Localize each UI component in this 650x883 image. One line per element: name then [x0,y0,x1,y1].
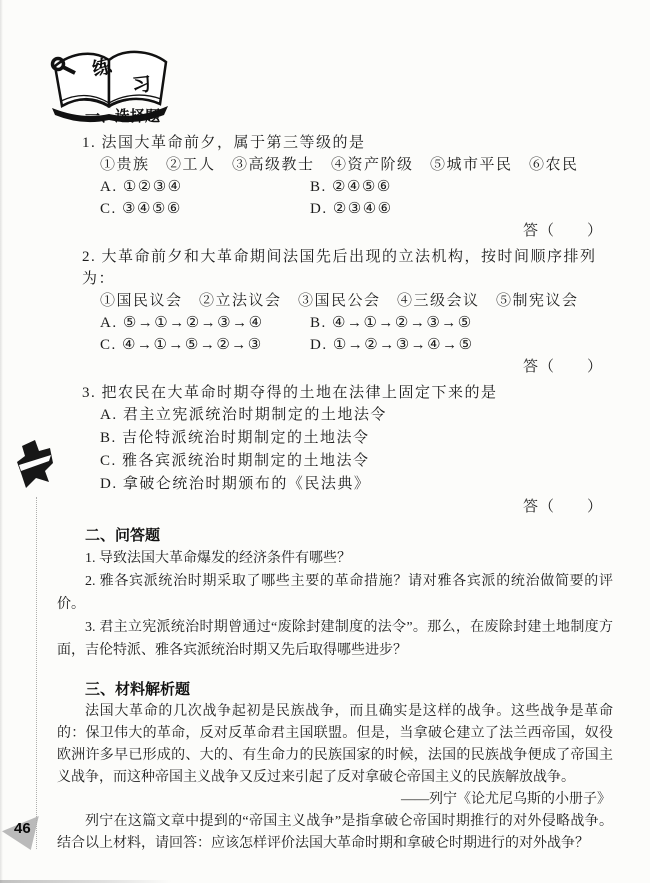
choice-q1-option-d: D. ②③④⑥ [310,198,393,220]
choice-q3-stem: 3. 把农民在大革命时期夺得的土地在法律上固定下来的是 [82,382,613,404]
material-source-line: ——列宁《论尤尼乌斯的小册子》 [57,789,613,811]
choice-q2-option-b: B. ④→①→②→③→⑤ [310,312,473,334]
choice-q2-option-a: A. ⑤→①→②→③→④ [100,312,310,334]
workbook-page: 练 习 一、选择题 1. 法国大革命前夕，属于第三等级的是 ①贵族 ②工人 ③高… [0,0,650,883]
qa-question-3: 3. 君主立宪派统治时期曾通过“废除封建制度的法令”。那么，在废除封建土地制度方… [57,616,613,662]
page-number: 46 [14,820,31,837]
choice-q3-option-d: D. 拿破仑统治时期颁布的《民法典》 [100,473,613,496]
choice-q2-items: ①国民议会 ②立法议会 ③国民公会 ④三级会议 ⑤制宪议会 [100,290,613,312]
choice-q2-stem: 2. 大革命前夕和大革命期间法国先后出现的立法机构，按时间顺序排列为： [82,246,613,290]
material-passage: 法国大革命的几次战争起初是民族战争，而且确实是这样的战争。这些战争是革命的：保卫… [57,701,613,789]
qa-question-2: 2. 雅各宾派统治时期采取了哪些主要的革命措施？请对雅各宾派的统治做简要的评价。 [57,570,613,616]
choice-q3-option-c: C. 雅各宾派统治时期制定的土地法令 [100,450,613,473]
page-content: 一、选择题 1. 法国大革命前夕，属于第三等级的是 ①贵族 ②工人 ③高级教士 … [57,0,613,855]
margin-ink-decoration [15,438,55,496]
choice-q2-options-row-2: C. ④→①→⑤→②→③ D. ①→②→③→④→⑤ [100,334,613,356]
qa-question-1: 1. 导致法国大革命爆发的经济条件有哪些？ [57,547,613,570]
section-qa-heading: 二、问答题 [85,525,613,547]
choice-q3-option-b: B. 吉伦特派统治时期制定的土地法令 [100,427,613,450]
choice-q2-options-row-1: A. ⑤→①→②→③→④ B. ④→①→②→③→⑤ [100,312,613,334]
section-choice-heading: 一、选择题 [85,106,613,128]
choice-q1-option-c: C. ③④⑤⑥ [100,198,310,220]
choice-q1-options-row-1: A. ①②③④ B. ②④⑤⑥ [100,176,613,198]
margin-dotted-line [36,497,37,849]
choice-q1-stem: 1. 法国大革命前夕，属于第三等级的是 [82,132,613,154]
choice-q3-answer-blank: 答（ ） [57,496,613,518]
choice-q2-answer-blank: 答（ ） [57,356,613,378]
choice-q1-items: ①贵族 ②工人 ③高级教士 ④资产阶级 ⑤城市平民 ⑥农民 [100,154,613,176]
choice-q2-option-d: D. ①→②→③→④→⑤ [310,334,474,356]
choice-q1-option-a: A. ①②③④ [100,176,310,198]
material-question: 列宁在这篇文章中提到的“帝国主义战争”是指拿破仑帝国时期推行的对外侵略战争。结合… [57,811,613,855]
choice-q2-option-c: C. ④→①→⑤→②→③ [100,334,310,356]
choice-q3-option-a: A. 君主立宪派统治时期制定的土地法令 [100,404,613,427]
choice-q1-answer-blank: 答（ ） [57,220,613,242]
section-material-heading: 三、材料解析题 [85,679,613,701]
page-number-badge: 46 [2,814,48,852]
choice-q1-options-row-2: C. ③④⑤⑥ D. ②③④⑥ [100,198,613,220]
choice-q1-option-b: B. ②④⑤⑥ [310,176,392,198]
scan-edge-shadow [0,0,3,883]
